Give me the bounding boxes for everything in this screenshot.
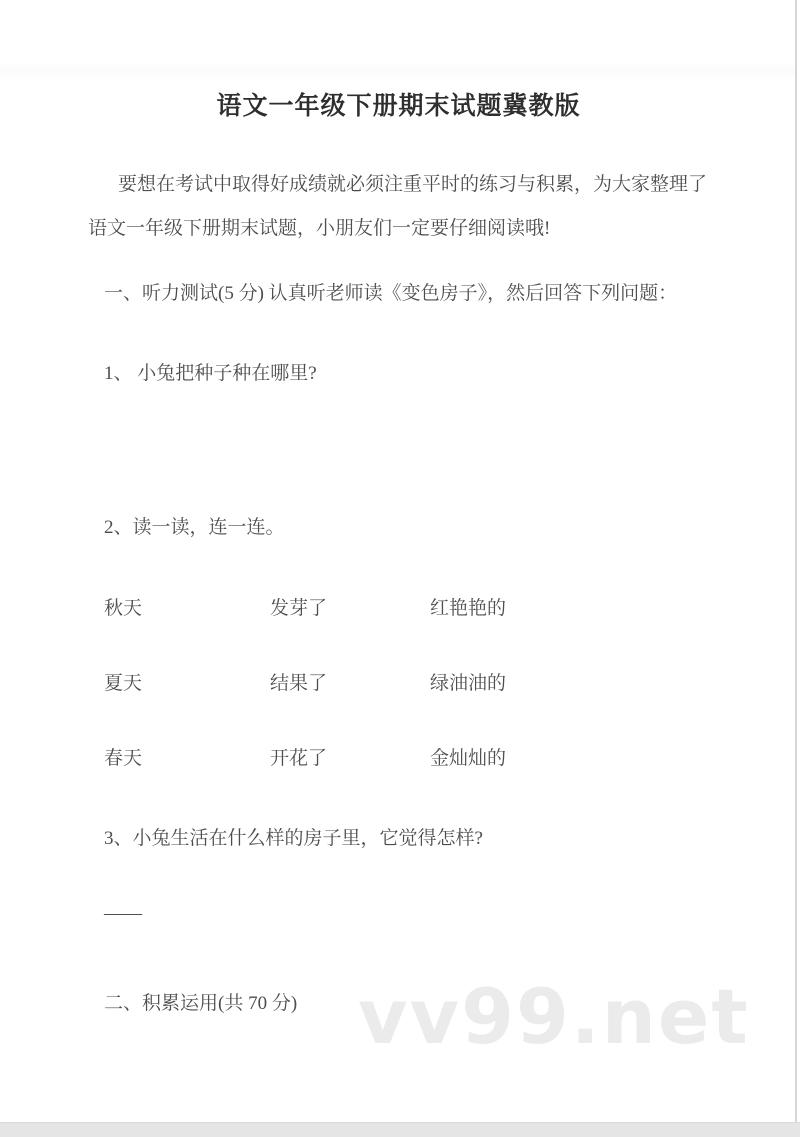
watermark: vv99.net: [358, 972, 750, 1061]
match-row-2-mid: 结果了: [270, 668, 327, 695]
question-1: 1、 小兔把种子种在哪里?: [104, 358, 317, 385]
match-row-3-right: 金灿灿的: [430, 743, 506, 770]
match-row-2-left: 夏天: [104, 668, 142, 695]
intro-paragraph: 要想在考试中取得好成绩就必须注重平时的练习与积累，为大家整理了语文一年级下册期末…: [88, 163, 716, 251]
answer-dash: ——: [104, 903, 142, 925]
question-3: 3、小兔生活在什么样的房子里，它觉得怎样?: [104, 823, 483, 850]
match-row-3-left: 春天: [104, 743, 142, 770]
match-row-2-right: 绿油油的: [430, 668, 506, 695]
match-row-1-right: 红艳艳的: [430, 593, 506, 620]
page-bottom-edge: [0, 1122, 800, 1137]
document-page: vv99.net 语文一年级下册期末试题冀教版 要想在考试中取得好成绩就必须注重…: [0, 0, 797, 1122]
match-row-1-left: 秋天: [104, 593, 142, 620]
match-row-1-mid: 发芽了: [270, 593, 327, 620]
match-row-3-mid: 开花了: [270, 743, 327, 770]
document-title: 语文一年级下册期末试题冀教版: [0, 86, 797, 122]
section-2-heading: 二、积累运用(共 70 分): [104, 988, 297, 1015]
section-1-heading: 一、听力测试(5 分) 认真听老师读《变色房子》，然后回答下列问题：: [104, 278, 677, 305]
question-2: 2、读一读，连一连。: [104, 512, 285, 539]
